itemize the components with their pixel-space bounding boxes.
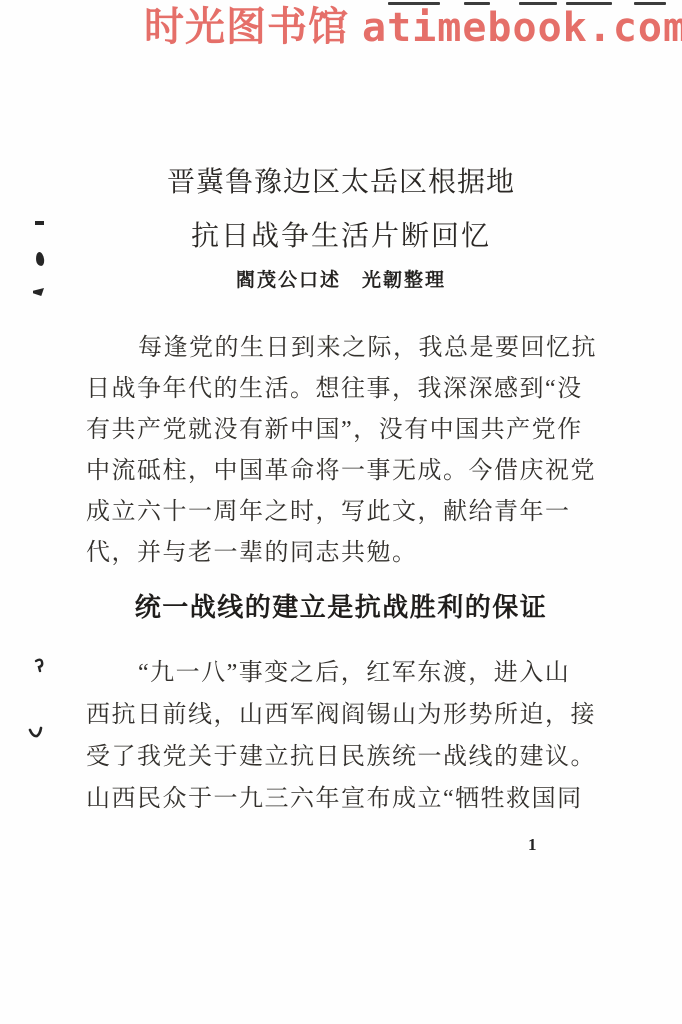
scanned-document-page: 时光图书馆 atimebook.com 晋冀鲁豫边区太岳区根据地 抗日战争生活片… [0, 0, 682, 1024]
text-line: 有共产党就没有新中国”，没有中国共产党作 [86, 410, 602, 451]
document-title-line-2: 抗日战争生活片断回忆 [0, 220, 682, 254]
page-number: 1 [528, 834, 537, 856]
watermark-site-name-cn: 时光图书馆 [144, 2, 349, 52]
paragraph-1: 每逢党的生日到来之际，我总是要回忆抗 日战争年代的生活。想往事，我深深感到“没 … [86, 328, 602, 574]
scan-artifact-curl [34, 658, 46, 674]
text-line: 每逢党的生日到来之际，我总是要回忆抗 [86, 328, 602, 369]
watermark-header: 时光图书馆 atimebook.com [144, 2, 682, 54]
text-line: “九一八”事变之后，红军东渡，进入山 [86, 652, 602, 694]
text-line: 中流砥柱，中国革命将一事无成。今借庆祝党 [86, 451, 602, 492]
byline: 閻茂公口述 光韌整理 [0, 269, 682, 293]
text-line: 成立六十一周年之时，写此文，献给青年一 [86, 492, 602, 533]
text-line: 山西民众于一九三六年宣布成立“牺牲救国同 [86, 778, 602, 820]
text-line: 西抗日前线，山西军阀阎锡山为形势所迫，接 [86, 694, 602, 736]
text-line: 受了我党关于建立抗日民族统一战线的建议。 [86, 736, 602, 778]
document-title-line-1: 晋冀鲁豫边区太岳区根据地 [0, 166, 682, 200]
section-heading: 统一战线的建立是抗战胜利的保证 [0, 592, 682, 624]
watermark-site-url: atimebook.com [362, 2, 682, 54]
text-line: 代，并与老一辈的同志共勉。 [86, 533, 602, 574]
paragraph-2: “九一八”事变之后，红军东渡，进入山 西抗日前线，山西军阀阎锡山为形势所迫，接 … [86, 652, 602, 820]
scan-artifact-check [28, 726, 44, 740]
text-line: 日战争年代的生活。想往事，我深深感到“没 [86, 369, 602, 410]
